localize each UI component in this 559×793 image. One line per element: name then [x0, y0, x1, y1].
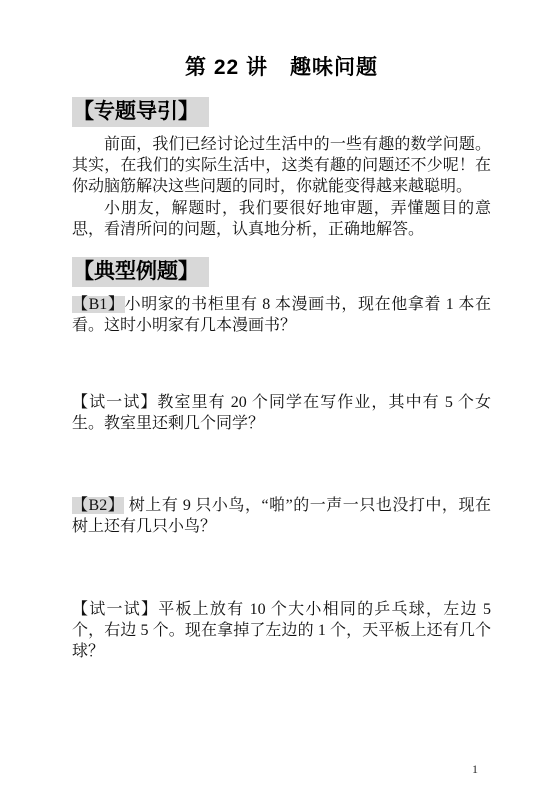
page-number: 1	[472, 762, 478, 776]
page-content: 第 22 讲 趣味问题 【专题导引】 前面，我们已经讨论过生活中的一些有趣的数学…	[72, 0, 491, 662]
problem-block-try1: 【试一试】教室里有 20 个同学在写作业，其中有 5 个女生。教室里还剩几个同学…	[72, 392, 491, 434]
intro-paragraph-1: 前面，我们已经讨论过生活中的一些有趣的数学问题。其实，在我们的实际生活中，这类有…	[72, 134, 491, 197]
problem-tag-b2: 【B2】	[72, 497, 124, 514]
section-header-examples: 【典型例题】	[72, 257, 209, 287]
intro-paragraph-2: 小朋友，解题时，我们要很好地审题，弄懂题目的意思，看清所问的问题，认真地分析，正…	[72, 198, 491, 240]
problem-tag-try2: 【试一试】	[72, 601, 158, 618]
section-header-intro: 【专题导引】	[72, 97, 209, 127]
problem-text-b2: 树上有 9 只小鸟，“啪”的一声一只也没打中，现在树上还有几只小鸟？	[72, 497, 491, 535]
examples-header-row: 【典型例题】	[72, 240, 491, 287]
problem-tag-b1: 【B1】	[72, 296, 125, 313]
problem-text-b1: 小明家的书柜里有 8 本漫画书，现在他拿着 1 本在看。这时小明家有几本漫画书？	[72, 296, 491, 334]
problem-tag-try1: 【试一试】	[72, 394, 157, 411]
problem-block-b1: 【B1】小明家的书柜里有 8 本漫画书，现在他拿着 1 本在看。这时小明家有几本…	[72, 294, 491, 336]
document-page: 第 22 讲 趣味问题 【专题导引】 前面，我们已经讨论过生活中的一些有趣的数学…	[0, 0, 559, 793]
problem-block-b2: 【B2】 树上有 9 只小鸟，“啪”的一声一只也没打中，现在树上还有几只小鸟？	[72, 495, 491, 537]
lesson-title: 第 22 讲 趣味问题	[72, 55, 491, 80]
intro-header-row: 【专题导引】	[72, 80, 491, 127]
problem-block-try2: 【试一试】平板上放有 10 个大小相同的乒乓球，左边 5 个，右边 5 个。现在…	[72, 599, 491, 662]
